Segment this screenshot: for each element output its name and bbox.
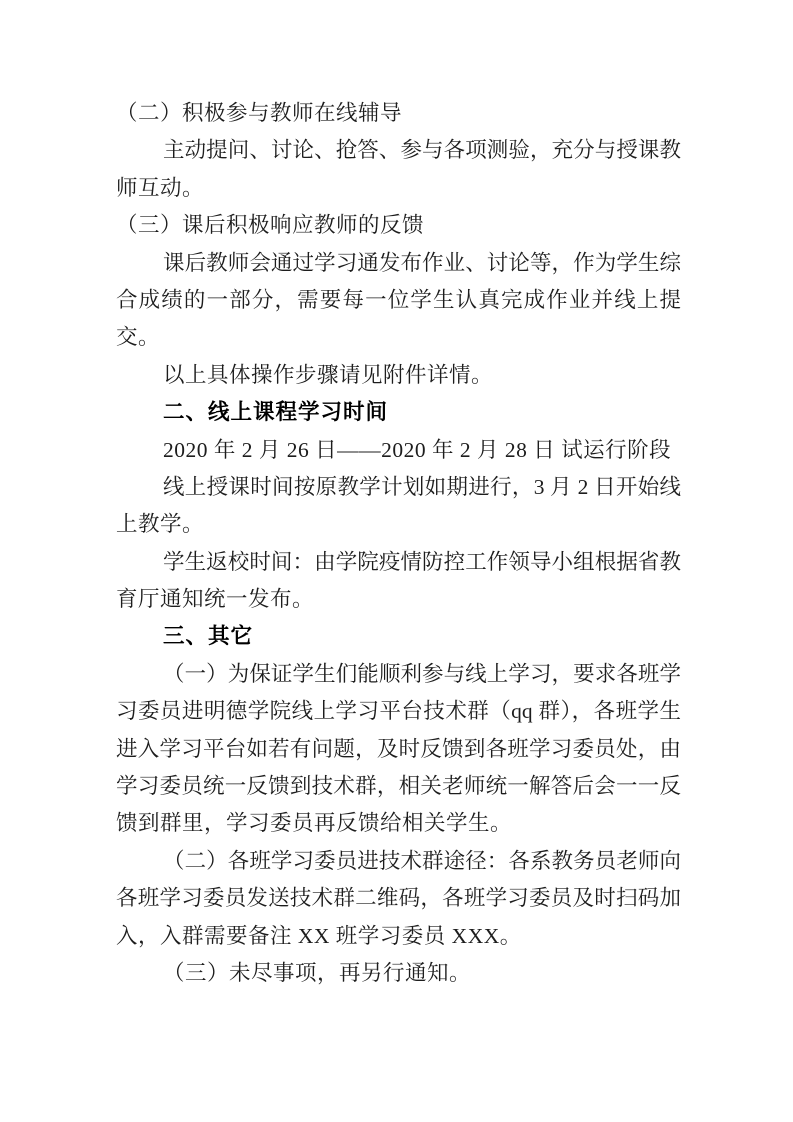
text-line: 2020 年 2 月 26 日——2020 年 2 月 28 日 试运行阶段 [116, 432, 681, 469]
text-line: 习委员进明德学院线上学习平台技术群（qq 群），各班学生 [116, 693, 681, 730]
document-page: （二）积极参与教师在线辅导主动提问、讨论、抢答、参与各项测验，充分与授课教师互动… [0, 0, 793, 1122]
text-line: （二）积极参与教师在线辅导 [116, 95, 681, 132]
text-line: （三）未尽事项，再另行通知。 [116, 955, 681, 992]
text-line: （一）为保证学生们能顺利参与线上学习，要求各班学 [116, 656, 681, 693]
text-line: 各班学习委员发送技术群二维码，各班学习委员及时扫码加 [116, 880, 681, 917]
text-line: 育厅通知统一发布。 [116, 581, 681, 618]
text-line: 上教学。 [116, 506, 681, 543]
text-line: 进入学习平台如若有问题，及时反馈到各班学习委员处，由 [116, 731, 681, 768]
text-line: 馈到群里，学习委员再反馈给相关学生。 [116, 805, 681, 842]
text-line: 学习委员统一反馈到技术群，相关老师统一解答后会一一反 [116, 768, 681, 805]
text-line: 合成绩的一部分，需要每一位学生认真完成作业并线上提 [116, 282, 681, 319]
section-heading: 三、其它 [116, 618, 681, 655]
text-line: （三）课后积极响应教师的反馈 [116, 207, 681, 244]
document-body: （二）积极参与教师在线辅导主动提问、讨论、抢答、参与各项测验，充分与授课教师互动… [116, 95, 681, 992]
text-line: 课后教师会通过学习通发布作业、讨论等，作为学生综 [116, 245, 681, 282]
text-line: 学生返校时间：由学院疫情防控工作领导小组根据省教 [116, 544, 681, 581]
text-line: 主动提问、讨论、抢答、参与各项测验，充分与授课教 [116, 132, 681, 169]
text-line: 交。 [116, 319, 681, 356]
section-heading: 二、线上课程学习时间 [116, 394, 681, 431]
text-line: 以上具体操作步骤请见附件详情。 [116, 357, 681, 394]
text-line: 入，入群需要备注 XX 班学习委员 XXX。 [116, 918, 681, 955]
text-line: 师互动。 [116, 170, 681, 207]
text-line: 线上授课时间按原教学计划如期进行，3 月 2 日开始线 [116, 469, 681, 506]
text-line: （二）各班学习委员进技术群途径：各系教务员老师向 [116, 843, 681, 880]
